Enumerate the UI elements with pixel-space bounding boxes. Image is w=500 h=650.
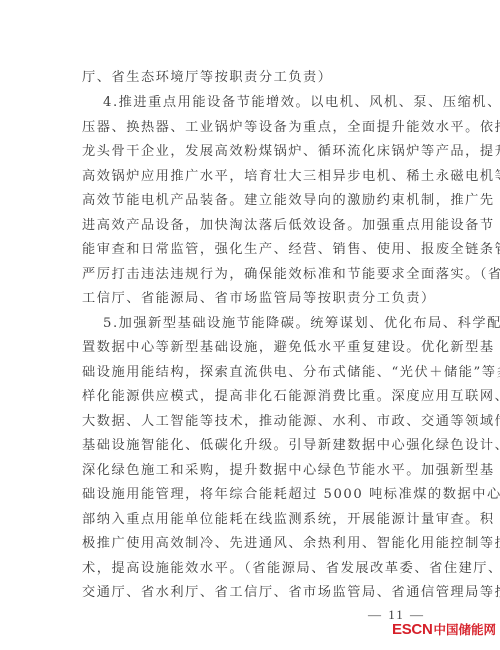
paragraph-line: 交通厅、省水利厅、省工信厅、省市场监管局、省通信管理局等按职 [82,584,420,602]
paragraph-line: 置数据中心等新型基础设施，避免低水平重复建设。优化新型基 [82,339,420,357]
paragraph-line: 术，提高设施能效水平。（省能源局、省发展改革委、省住建厅、省 [82,560,420,578]
paragraph-line: 深化绿色施工和采购，提升数据中心绿色节能水平。加强新型基 [82,462,420,480]
paragraph-line: 厅、省生态环境厅等按职责分工负责） [82,69,420,87]
watermark-chinese: 中国储能网 [433,620,496,638]
paragraph-line: 样化能源供应模式，提高非化石能源消费比重。深度应用互联网、 [82,388,420,406]
paragraph-line: 严厉打击违法违规行为，确保能效标准和节能要求全面落实。（省 [82,266,420,284]
paragraph-line: 5.加强新型基础设施节能降碳。统筹谋划、优化布局、科学配 [103,315,420,333]
paragraph-line: 进高效产品设备，加快淘汰落后低效设备。加强重点用能设备节 [82,217,420,235]
paragraph-line: 大数据、人工智能等技术，推动能源、水利、市政、交通等领域传统 [82,413,420,431]
paragraph-line: 能审查和日常监管，强化生产、经营、销售、使用、报废全链条管理， [82,241,420,259]
document-page: 厅、省生态环境厅等按职责分工负责） 4.推进重点用能设备节能增效。以电机、风机、… [0,0,500,650]
paragraph-line: 础设施用能管理，将年综合能耗超过 5000 吨标准煤的数据中心全 [82,486,420,504]
paragraph-line: 础设施用能结构，探索直流供电、分布式储能、“光伏＋储能”等多 [82,364,420,382]
paragraph-line: 高效节能电机产品装备。建立能效导向的激励约束机制，推广先 [82,192,420,210]
paragraph-line: 工信厅、省能源局、省市场监管局等按职责分工负责） [82,290,420,308]
paragraph-line: 基础设施智能化、低碳化升级。引导新建数据中心强化绿色设计、 [82,437,420,455]
paragraph-line: 4.推进重点用能设备节能增效。以电机、风机、泵、压缩机、变 [103,94,420,112]
paragraph-line: 压器、换热器、工业锅炉等设备为重点，全面提升能效水平。依托 [82,119,420,137]
paragraph-line: 极推广使用高效制冷、先进通风、余热利用、智能化用能控制等技 [82,535,420,553]
paragraph-line: 高效锅炉应用推广水平，培育壮大三相异步电机、稀土永磁电机等 [82,168,420,186]
paragraph-line: 部纳入重点用能单位能耗在线监测系统，开展能源计量审查。积 [82,511,420,529]
watermark-latin: ESCN [392,621,432,638]
escn-watermark-logo: ESCN 中国储能网 [392,619,496,639]
paragraph-line: 龙头骨干企业，发展高效粉煤锅炉、循环流化床锅炉等产品，提升 [82,143,420,161]
